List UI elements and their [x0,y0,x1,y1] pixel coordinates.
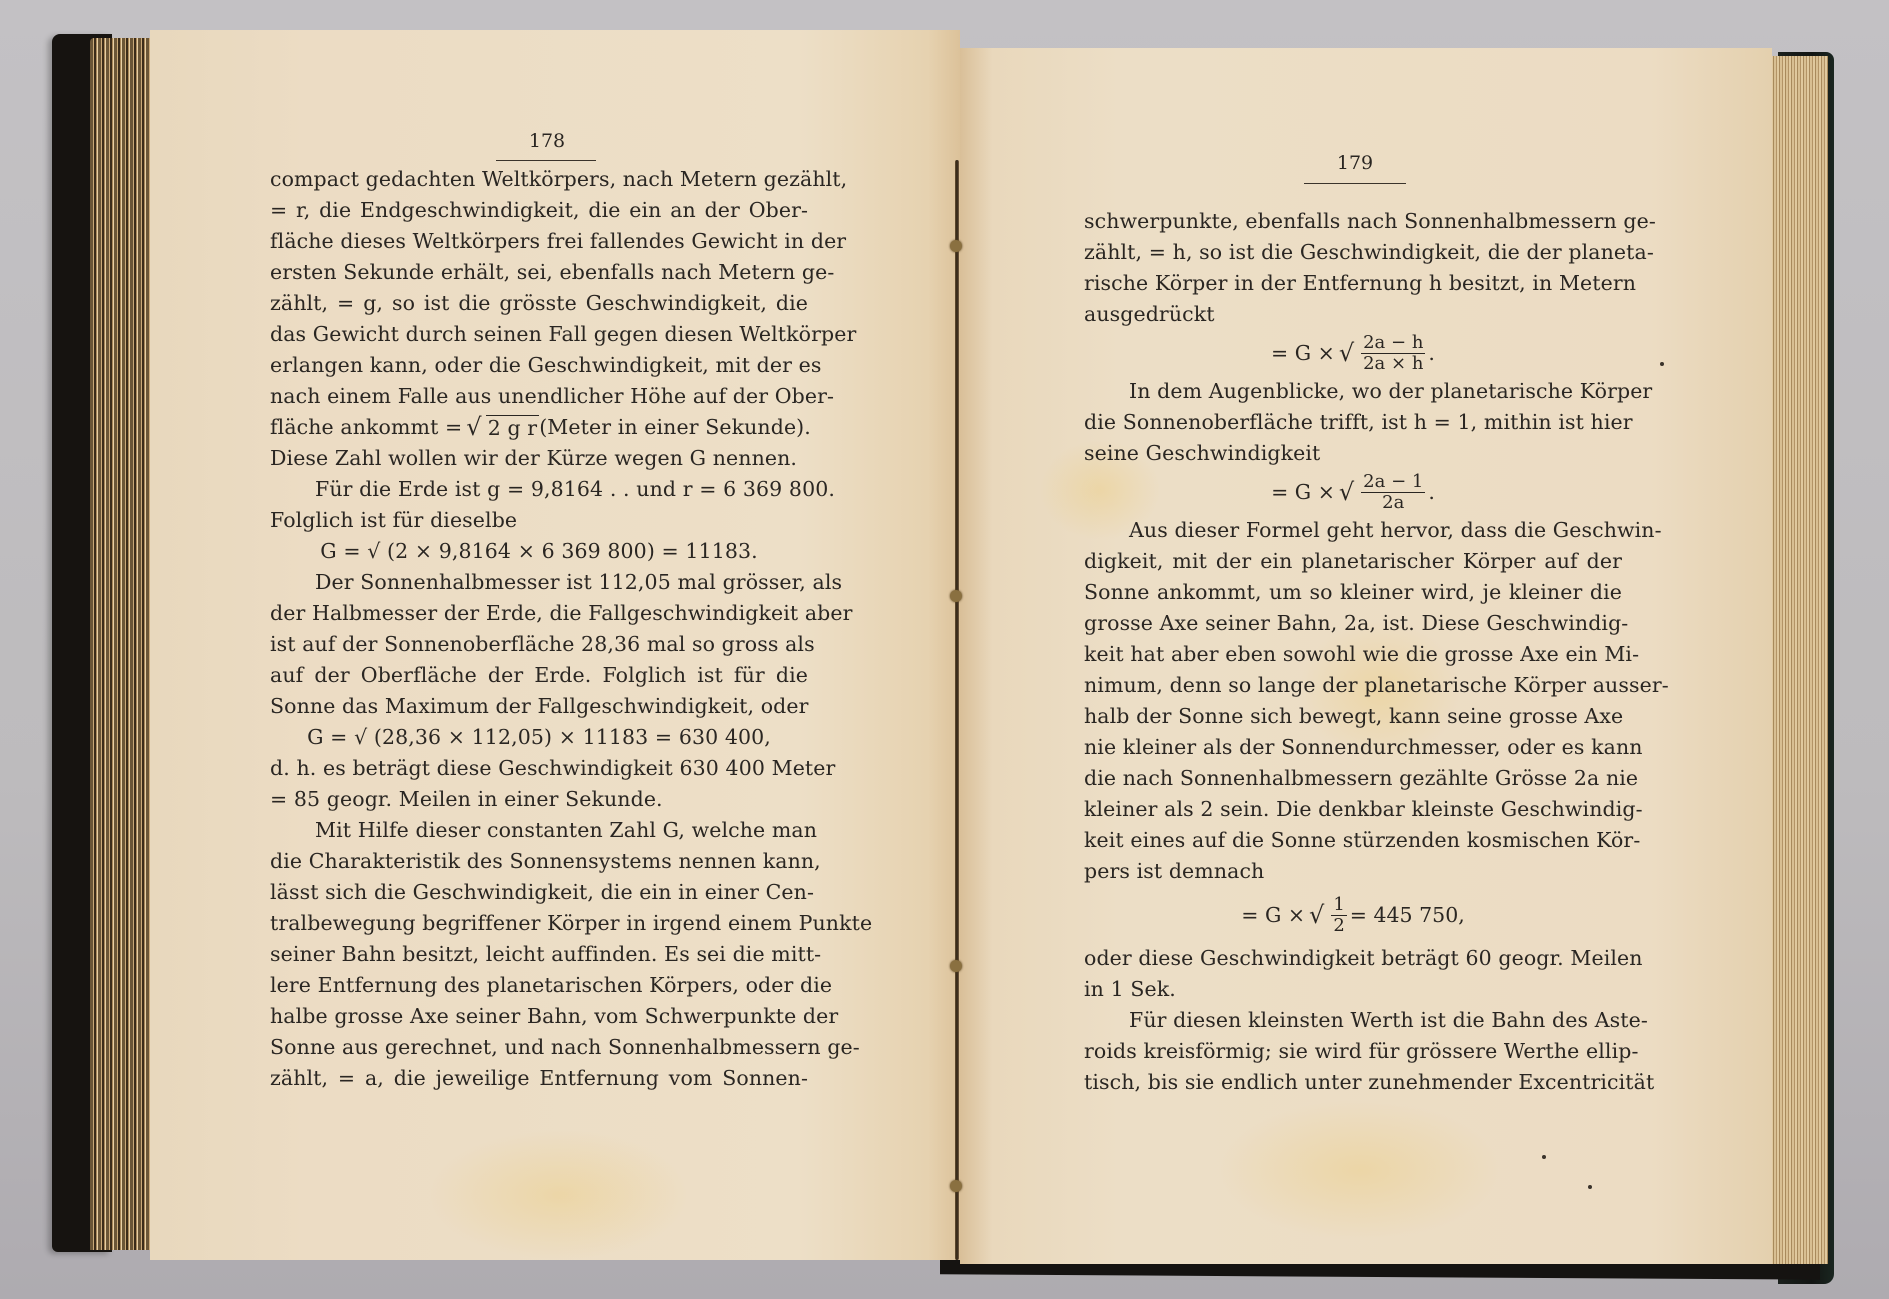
text-line: Für die Erde ist g = 9,8164 . . und r = … [270,474,808,505]
sqrt-line-before: fläche ankommt = [270,412,462,443]
text-line: Der Sonnenhalbmesser ist 112,05 mal grös… [270,567,808,598]
sqrt-symbol: √ [466,413,481,441]
sqrt-text-line: fläche ankommt = √2 g r (Meter in einer … [270,412,808,443]
text-line: oder diese Geschwindigkeit beträgt 60 ge… [1084,943,1622,974]
sqrt-symbol: √ [1309,900,1324,931]
formula-min-velocity: = G × √ 1 2 = 445 750, [1084,887,1622,943]
text-line: Sonne ankommt, um so kleiner wird, je kl… [1084,577,1622,608]
page-edges-right [1768,56,1828,1264]
text-line: Folglich ist für dieselbe [270,505,808,536]
header-rule-right [1304,183,1406,184]
text-line: keit hat aber eben sowohl wie die grosse… [1084,639,1622,670]
text-line: pers ist demnach [1084,856,1622,887]
page-number-right: 179 [1295,152,1415,174]
formula-velocity-h: = G × √ 2a − h 2a × h . [1084,330,1622,376]
text-line: Mit Hilfe dieser constanten Zahl G, welc… [270,815,808,846]
fraction: 2a − h 2a × h [1361,333,1425,374]
binding-stitch [950,960,962,972]
fraction: 2a − 1 2a [1361,472,1425,513]
text-line: In dem Augenblicke, wo der planetarische… [1084,376,1622,407]
formula-earth-g: G = √ (2 × 9,8164 × 6 369 800) = 11183. [270,536,808,567]
fraction-numerator: 2a − 1 [1361,472,1425,493]
text-line: keit eines auf die Sonne stürzenden kosm… [1084,825,1622,856]
fraction-denominator: 2 [1333,916,1344,936]
binding-stitch [950,240,962,252]
sqrt-expression: √2 g r [462,412,539,443]
text-line: = r, die Endgeschwindigkeit, die ein an … [270,195,808,226]
book-gutter [955,160,959,1260]
text-line: Sonne aus gerechnet, und nach Sonnenhalb… [270,1032,808,1063]
text-line: zählt, = g, so ist die grösste Geschwind… [270,288,808,319]
text-line: kleiner als 2 sein. Die denkbar kleinste… [1084,794,1622,825]
text-line: roids kreisförmig; sie wird für grössere… [1084,1036,1622,1067]
paper-speck [1588,1185,1592,1189]
text-line: ausgedrückt [1084,299,1622,330]
text-line: in 1 Sek. [1084,974,1622,1005]
binding-stitch [950,590,962,602]
text-line: zählt, = a, die jeweilige Entfernung vom… [270,1063,808,1094]
formula-suffix: . [1428,477,1435,508]
text-line: = 85 geogr. Meilen in einer Sekunde. [270,784,808,815]
text-line: seiner Bahn besitzt, leicht auffinden. E… [270,939,808,970]
text-line: tralbewegung begriffener Körper in irgen… [270,908,808,939]
text-line: Diese Zahl wollen wir der Kürze wegen G … [270,443,808,474]
text-line: die Sonnenoberfläche trifft, ist h = 1, … [1084,407,1622,438]
page-edges-left [90,38,152,1250]
text-line: erlangen kann, oder die Geschwindigkeit,… [270,350,808,381]
sqrt-line-after: (Meter in einer Sekunde). [539,412,811,443]
formula-suffix: . [1428,338,1435,369]
text-line: schwerpunkte, ebenfalls nach Sonnenhalbm… [1084,206,1622,237]
right-page-text: schwerpunkte, ebenfalls nach Sonnenhalbm… [1084,206,1622,1098]
text-line: nimum, denn so lange der planetarische K… [1084,670,1622,701]
text-line: nach einem Falle aus unendlicher Höhe au… [270,381,808,412]
page-number-left: 178 [487,130,607,152]
sqrt-symbol: √ [1339,477,1354,508]
text-line: fläche dieses Weltkörpers frei fallendes… [270,226,808,257]
text-line: nie kleiner als der Sonnendurchmesser, o… [1084,732,1622,763]
paper-speck [1660,362,1664,366]
formula-prefix: = G × [1241,900,1305,931]
text-line: die nach Sonnenhalbmessern gezählte Grös… [1084,763,1622,794]
text-line: auf der Oberfläche der Erde. Folglich is… [270,660,808,691]
text-line: Sonne das Maximum der Fallgeschwindigkei… [270,691,808,722]
text-line: ist auf der Sonnenoberfläche 28,36 mal s… [270,629,808,660]
text-line: die Charakteristik des Sonnensystems nen… [270,846,808,877]
text-line: tisch, bis sie endlich unter zunehmender… [1084,1067,1622,1098]
formula-sun-g: G = √ (28,36 × 112,05) × 11183 = 630 400… [270,722,808,753]
text-line: lere Entfernung des planetarischen Körpe… [270,970,808,1001]
text-line: zählt, = h, so ist die Geschwindigkeit, … [1084,237,1622,268]
fraction-denominator: 2a [1382,493,1404,513]
text-line: compact gedachten Weltkörpers, nach Mete… [270,164,808,195]
fraction-numerator: 2a − h [1361,333,1425,354]
text-line: rische Körper in der Entfernung h besitz… [1084,268,1622,299]
text-line: das Gewicht durch seinen Fall gegen dies… [270,319,808,350]
left-page-text: compact gedachten Weltkörpers, nach Mete… [270,164,808,1094]
sqrt-radicand: 2 g r [486,415,540,440]
formula-prefix: = G × [1271,338,1335,369]
text-line: Für diesen kleinsten Werth ist die Bahn … [1084,1005,1622,1036]
formula-suffix: = 445 750, [1350,900,1465,931]
text-line: lässt sich die Geschwindigkeit, die ein … [270,877,808,908]
text-line: seine Geschwindigkeit [1084,438,1622,469]
sqrt-symbol: √ [1339,338,1354,369]
text-line: grosse Axe seiner Bahn, 2a, ist. Diese G… [1084,608,1622,639]
fraction: 1 2 [1331,895,1346,936]
binding-stitch [950,1180,962,1192]
text-line: Aus dieser Formel geht hervor, dass die … [1084,515,1622,546]
formula-prefix: = G × [1271,477,1335,508]
text-line: halb der Sonne sich bewegt, kann seine g… [1084,701,1622,732]
fraction-denominator: 2a × h [1363,354,1423,374]
text-line: ersten Sekunde erhält, sei, ebenfalls na… [270,257,808,288]
text-line: halbe grosse Axe seiner Bahn, vom Schwer… [270,1001,808,1032]
fraction-numerator: 1 [1331,895,1346,916]
text-line: digkeit, mit der ein planetarischer Körp… [1084,546,1622,577]
text-line: der Halbmesser der Erde, die Fallgeschwi… [270,598,808,629]
text-line: d. h. es beträgt diese Geschwindigkeit 6… [270,753,808,784]
paper-speck [1542,1155,1546,1159]
header-rule-left [496,160,596,161]
formula-velocity-surface: = G × √ 2a − 1 2a . [1084,469,1622,515]
